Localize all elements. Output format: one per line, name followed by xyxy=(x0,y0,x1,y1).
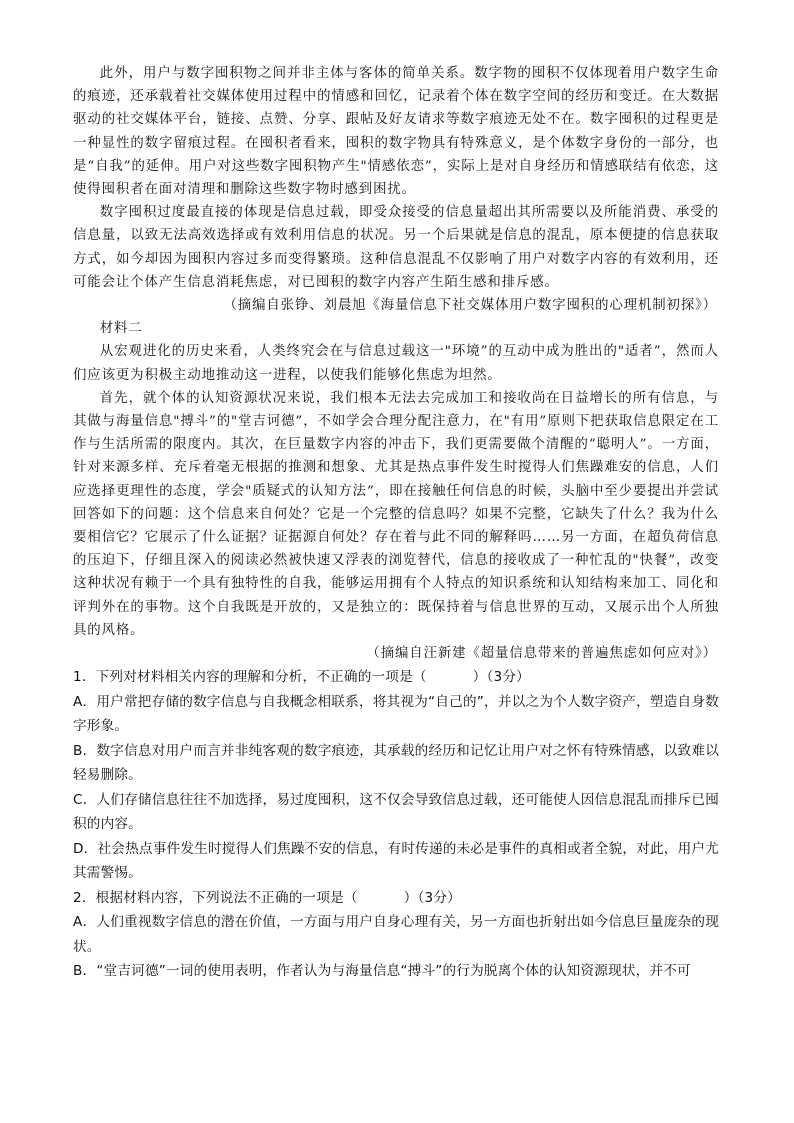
question-1-option-d: D．社会热点事件发生时搅得人们焦躁不安的信息，有时传递的未必是事件的真相或者全貌… xyxy=(73,837,719,886)
material-two-paragraph-2: 首先，就个体的认知资源状况来说，我们根本无法去完成加工和接收尚在日益增长的所有信… xyxy=(73,387,719,642)
material-two-source: （摘编自汪新建《超量信息带来的普遍焦虑如何应对》） xyxy=(73,642,719,665)
question-1: 1．下列对材料相关内容的理解和分析，不正确的一项是（）（3分） A．用户常把存储… xyxy=(73,665,719,886)
material-two-paragraph-1: 从宏观进化的历史来看，人类终究会在与信息过载这一"环境”的互动中成为胜出的"适者… xyxy=(73,340,719,386)
question-2-option-b: B．“堂吉诃德”一词的使用表明，作者认为与海量信息“搏斗”的行为脱离个体的认知资… xyxy=(73,959,719,984)
question-1-stem-text: 1．下列对材料相关内容的理解和分析，不正确的一项是（ xyxy=(73,669,427,685)
material-two-heading: 材料二 xyxy=(73,317,719,340)
question-2: 2．根据材料内容，下列说法不正确的一项是（）（3分） A．人们重视数字信息的潜在… xyxy=(73,886,719,984)
question-2-stem: 2．根据材料内容，下列说法不正确的一项是（）（3分） xyxy=(73,886,719,911)
question-1-option-a: A．用户常把存储的数字信息与自我概念相联系，将其视为“自己的”，并以之为个人数字… xyxy=(73,690,719,739)
question-2-points: ）（3分） xyxy=(404,890,461,906)
question-1-points: ）（3分） xyxy=(473,669,530,685)
material-one: 此外，用户与数字囤积物之间并非主体与客体的简单关系。数字物的囤积不仅体现着用户数… xyxy=(73,62,719,317)
question-1-option-b: B．数字信息对用户而言并非纯客观的数字痕迹，其承载的经历和记忆让用户对之怀有特殊… xyxy=(73,739,719,788)
material-one-paragraph-2: 数字囤积过度最直接的体现是信息过载，即受众接受的信息量超出其所需要以及所能消费、… xyxy=(73,201,719,294)
question-2-option-a: A．人们重视数字信息的潜在价值，一方面与用户自身心理有关，另一方面也折射出如今信… xyxy=(73,910,719,959)
question-1-option-c: C．人们存储信息往往不加选择，易过度囤积，这不仅会导致信息过载，还可能使人因信息… xyxy=(73,788,719,837)
material-two: 材料二 从宏观进化的历史来看，人类终究会在与信息过载这一"环境”的互动中成为胜出… xyxy=(73,317,719,665)
material-one-source: （摘编自张铮、刘晨旭《海量信息下社交媒体用户数字囤积的心理机制初探》） xyxy=(73,294,719,317)
exam-page: 此外，用户与数字囤积物之间并非主体与客体的简单关系。数字物的囤积不仅体现着用户数… xyxy=(73,62,719,984)
question-1-stem: 1．下列对材料相关内容的理解和分析，不正确的一项是（）（3分） xyxy=(73,665,719,690)
material-one-paragraph-1: 此外，用户与数字囤积物之间并非主体与客体的简单关系。数字物的囤积不仅体现着用户数… xyxy=(73,62,719,201)
question-2-stem-text: 2．根据材料内容，下列说法不正确的一项是（ xyxy=(73,890,358,906)
